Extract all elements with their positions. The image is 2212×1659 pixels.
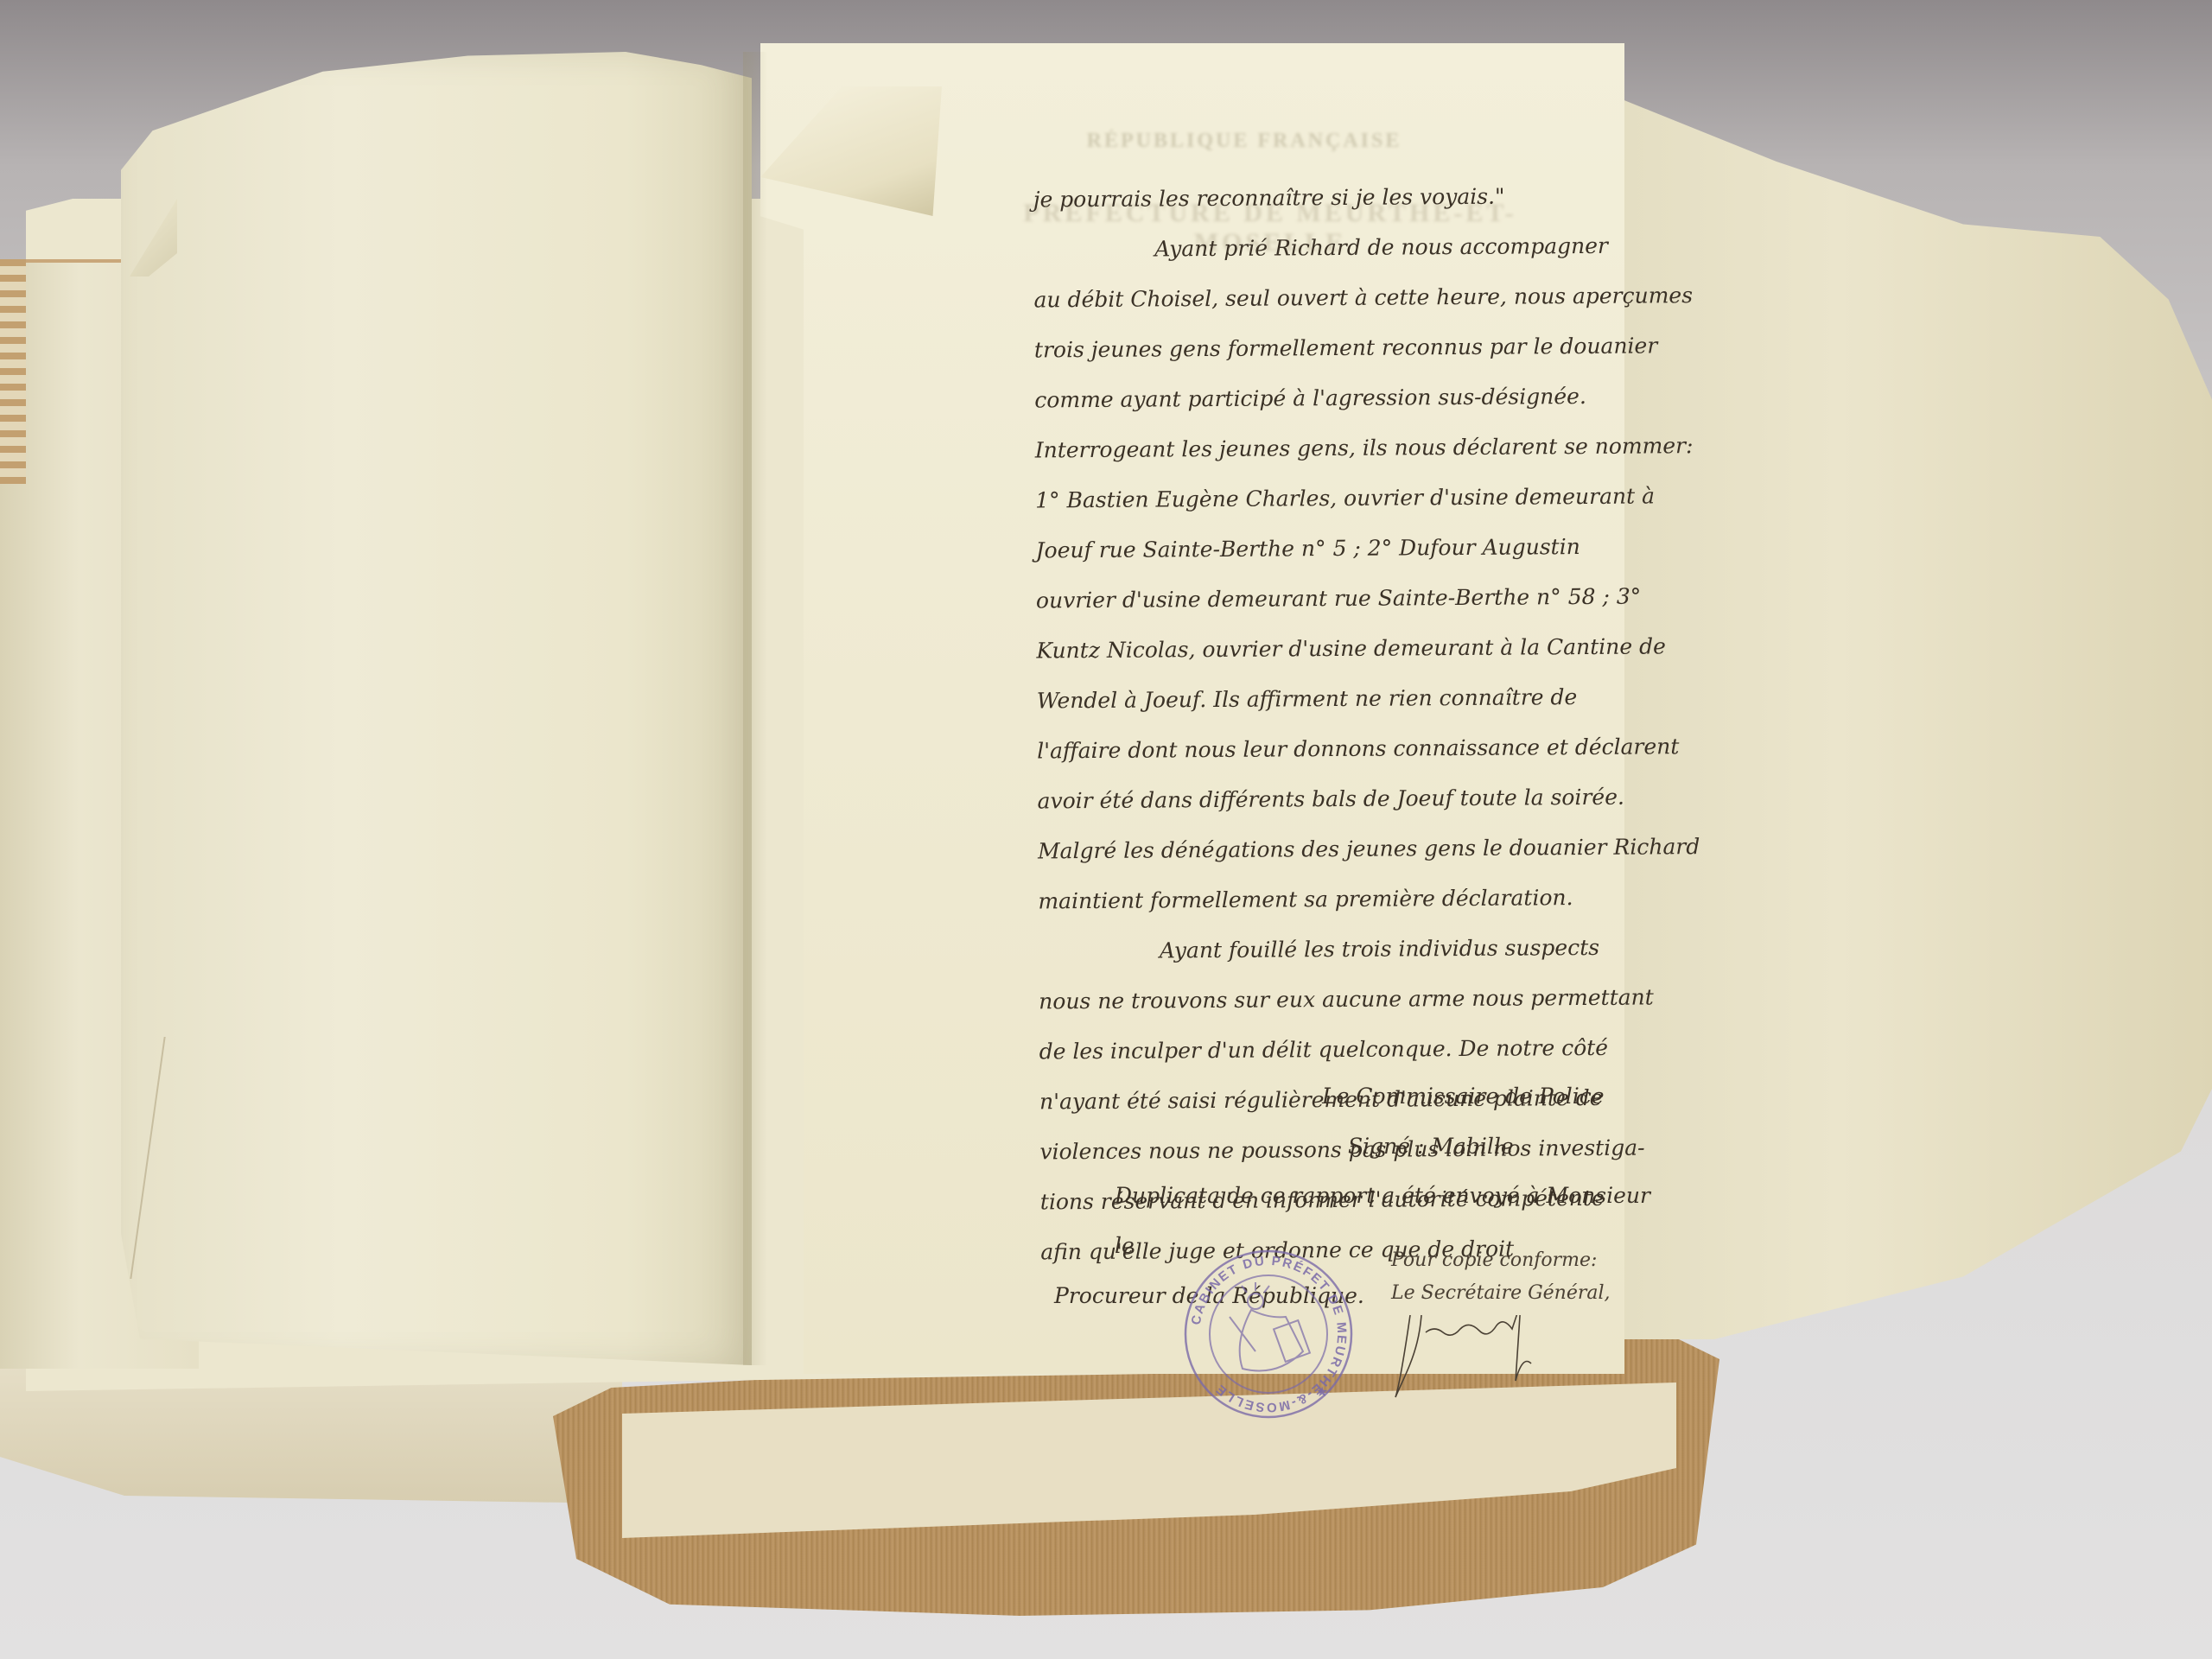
- prefect-cabinet-stamp: CABINET DU PRÉFET DE MEURTHE-&-MOSELLE ★: [1182, 1248, 1355, 1421]
- body-line: 1° Bastien Eugène Charles, ouvrier d'usi…: [1035, 472, 1640, 526]
- body-line: avoir été dans différents bals de Joeuf …: [1037, 772, 1642, 827]
- secretary-signature-icon: [1391, 1315, 1668, 1384]
- body-line: ouvrier d'usine demeurant rue Sainte-Ber…: [1036, 572, 1641, 626]
- left-stack-edges: [0, 259, 26, 484]
- body-line: je pourrais les reconnaître si je les vo…: [1033, 171, 1638, 226]
- body-line: l'affaire dont nous leur donnons connais…: [1037, 722, 1642, 777]
- body-line: comme ayant participé à l'agression sus-…: [1034, 372, 1639, 426]
- book-gutter-shadow: [743, 52, 778, 1365]
- certification-line-2: Le Secrétaire Général,: [1391, 1277, 1668, 1310]
- body-line: au débit Choisel, seul ouvert à cette he…: [1033, 271, 1638, 326]
- body-line: Interrogeant les jeunes gens, ils nous d…: [1035, 422, 1640, 476]
- body-line: Malgré les dénégations des jeunes gens l…: [1038, 823, 1643, 877]
- left-page-blank: [121, 52, 752, 1365]
- certification-line-1: Pour copie conforme:: [1391, 1244, 1668, 1277]
- commissaire-signature: Le Commissaire de Police Signé : Mabille: [1322, 1071, 1650, 1172]
- far-right-sheet: [1590, 86, 2212, 1339]
- letterhead-line-1: RÉPUBLIQUE FRANÇAISE: [1020, 130, 1469, 164]
- body-line: Ayant fouillé les trois individus suspec…: [1039, 923, 1643, 977]
- certification-block: Pour copie conforme: Le Secrétaire Génér…: [1391, 1244, 1668, 1384]
- signature-name: Signé : Mabille: [1322, 1122, 1650, 1172]
- body-line: maintient formellement sa première décla…: [1038, 873, 1643, 927]
- body-line: Wendel à Joeuf. Ils affirment ne rien co…: [1037, 672, 1642, 727]
- body-line: Kuntz Nicolas, ouvrier d'usine demeurant…: [1036, 622, 1641, 677]
- marianne-seal-icon: CABINET DU PRÉFET DE MEURTHE-&-MOSELLE ★: [1182, 1248, 1355, 1421]
- svg-text:★: ★: [1316, 1383, 1328, 1400]
- signature-title: Le Commissaire de Police: [1322, 1071, 1650, 1122]
- body-line: Joeuf rue Sainte-Berthe n° 5 ; 2° Dufour…: [1035, 522, 1640, 576]
- body-line: nous ne trouvons sur eux aucune arme nou…: [1039, 973, 1643, 1027]
- body-line: trois jeunes gens formellement reconnus …: [1034, 321, 1639, 376]
- body-line: de les inculper d'un délit quelconque. D…: [1039, 1023, 1643, 1077]
- body-line: Ayant prié Richard de nous accompagner: [1033, 221, 1638, 276]
